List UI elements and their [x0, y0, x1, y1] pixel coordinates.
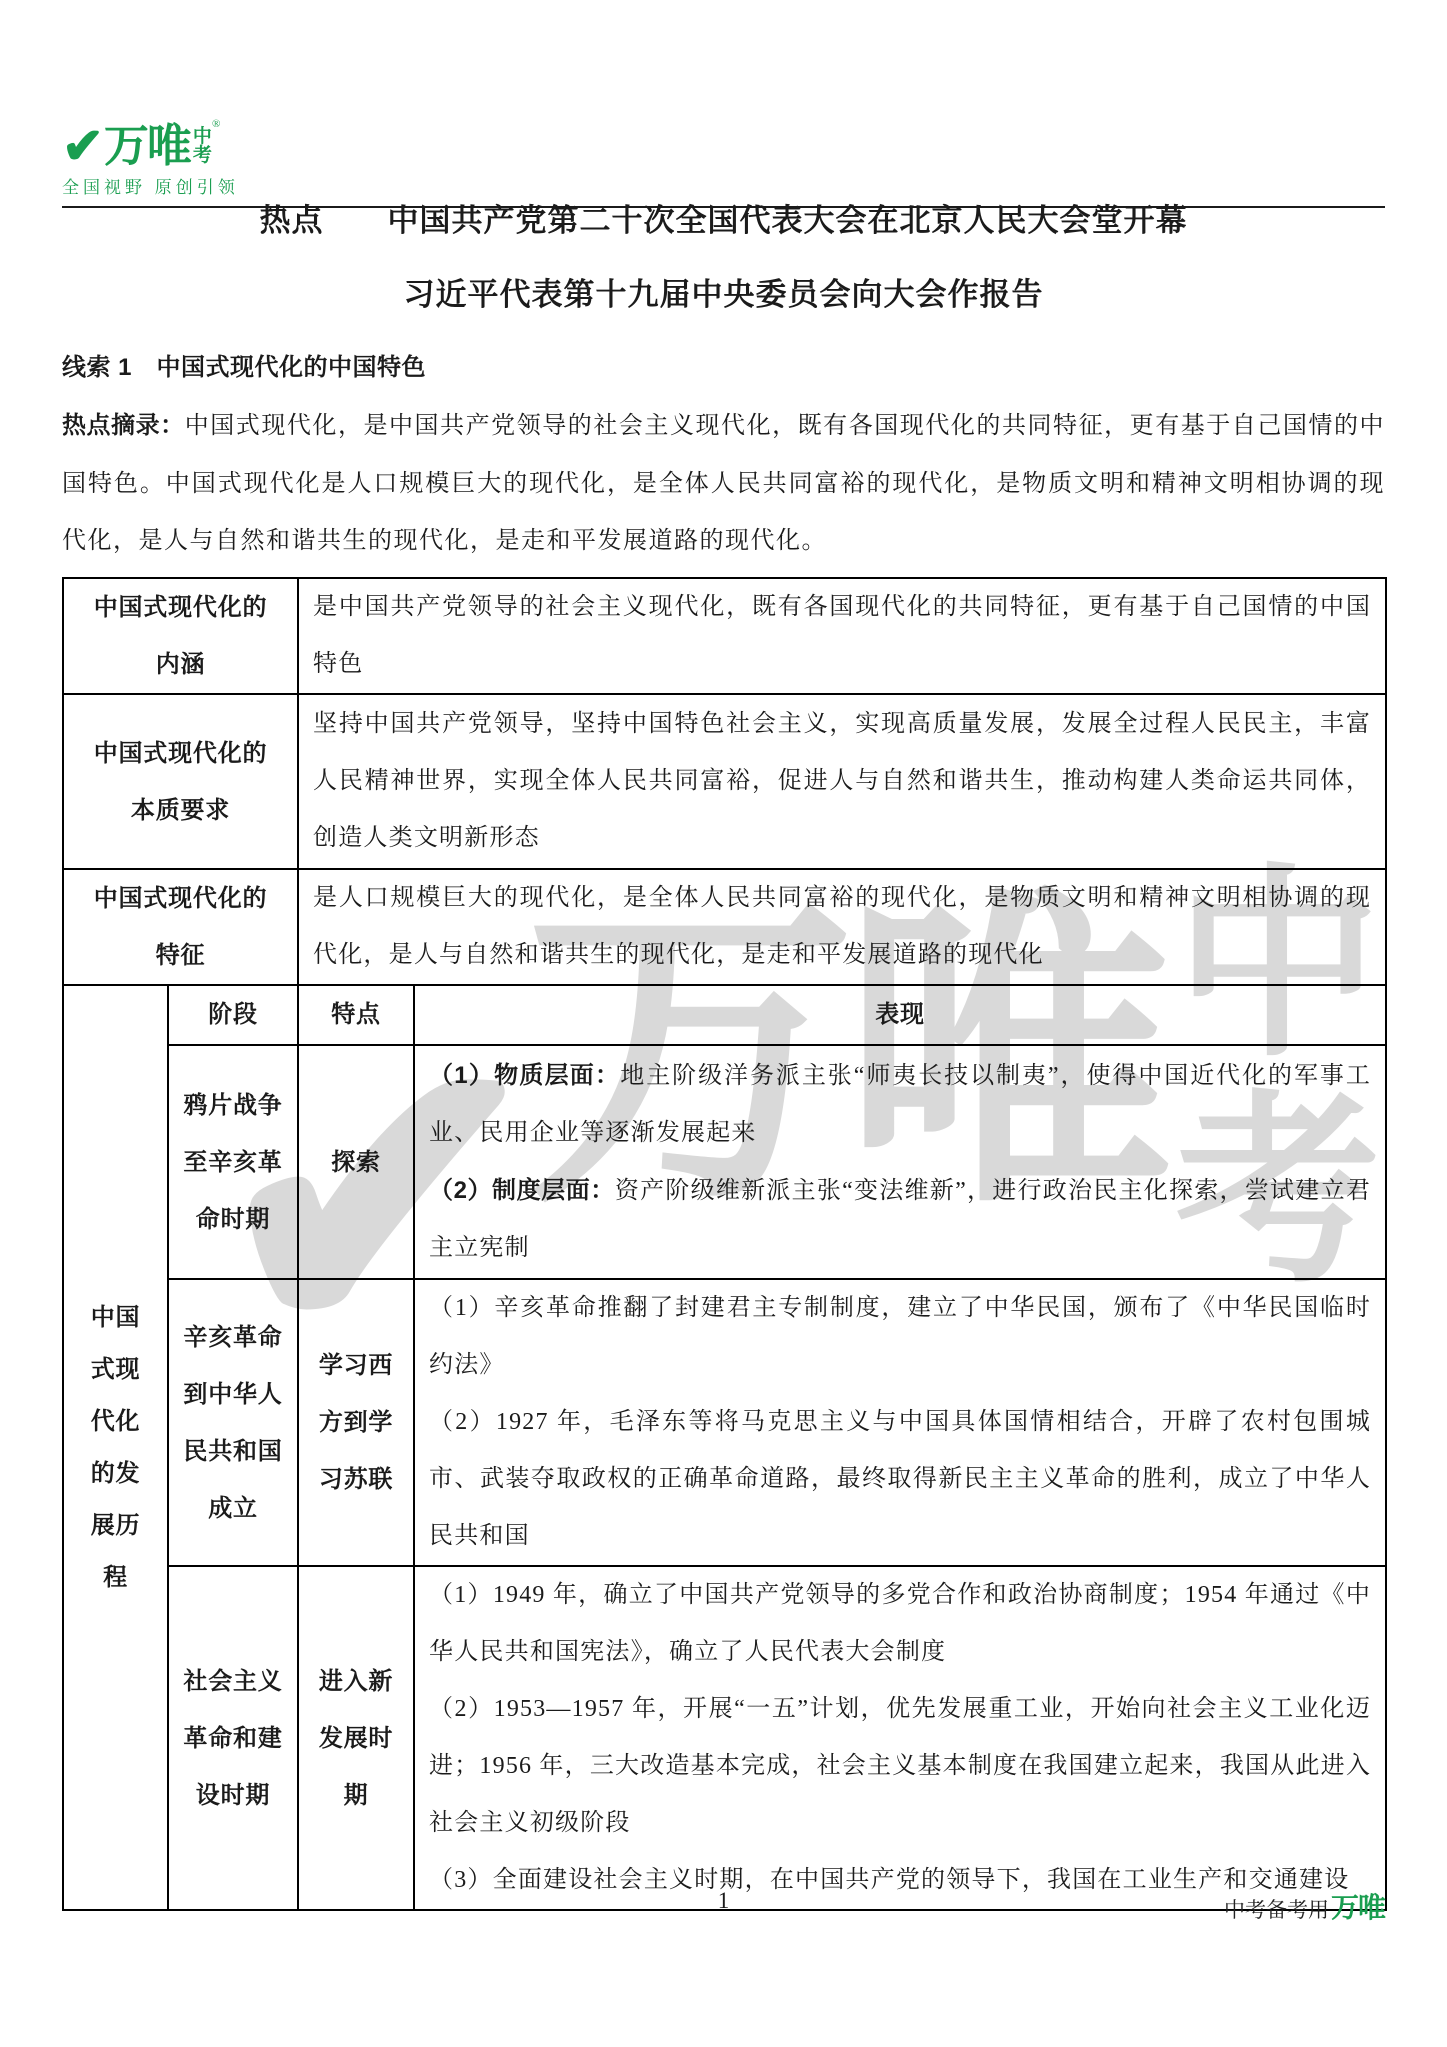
brand-logo-row: ✔ 万唯 中 考 ® [62, 126, 239, 166]
feature-learn-west-to-soviet: 学习西方到学习苏联 [298, 1279, 414, 1566]
brand-subname-bottom: 考 [193, 146, 212, 165]
table-header-row: 中国式现代化的发展历程 阶段 特点 表现 [63, 985, 1386, 1045]
brand-tagline: 全国视野 原创引领 [62, 173, 239, 198]
brand-check-icon: ✔ [62, 127, 104, 166]
doc-title-line2: 习近平代表第十九届中央委员会向大会作报告 [0, 272, 1447, 318]
row-label-essential-requirements: 中国式现代化的本质要求 [63, 694, 298, 869]
content-table: 中国式现代化的内涵 是中国共产党领导的社会主义现代化，既有各国现代化的共同特征，… [62, 577, 1387, 1911]
performance-socialist-revolution: （1）1949 年，确立了中国共产党领导的多党合作和政治协商制度；1954 年通… [414, 1566, 1386, 1910]
hotspot-abstract: 热点摘录：中国式现代化，是中国共产党领导的社会主义现代化，既有各国现代化的共同特… [62, 397, 1385, 571]
footer-brand: 中考备考用 万唯 [1224, 1886, 1385, 1926]
column-header-stage: 阶段 [168, 985, 298, 1045]
table-row: 辛亥革命到中华人民共和国成立 学习西方到学习苏联 （1）辛亥革命推翻了封建君主专… [63, 1279, 1386, 1566]
registered-mark-icon: ® [212, 118, 220, 130]
abstract-lead-label: 热点摘录： [62, 412, 185, 439]
feature-new-development-period: 进入新发展时期 [298, 1566, 414, 1910]
row-content-connotation: 是中国共产党领导的社会主义现代化，既有各国现代化的共同特征，更有基于自己国情的中… [298, 578, 1386, 694]
doc-title-line1: 热点 中国共产党第二十次全国代表大会在北京人民大会堂开幕 [0, 198, 1447, 244]
row-content-characteristics: 是人口规模巨大的现代化，是全体人民共同富裕的现代化，是物质文明和精神文明相协调的… [298, 869, 1386, 985]
footer-brand-plain-text: 中考备考用 [1224, 1894, 1329, 1924]
stage-1911-to-prc: 辛亥革命到中华人民共和国成立 [168, 1279, 298, 1566]
brand-logo: ✔ 万唯 中 考 ® 全国视野 原创引领 [62, 126, 239, 198]
brand-subname-top: 中 [193, 127, 212, 146]
abstract-body-text: 中国式现代化，是中国共产党领导的社会主义现代化，既有各国现代化的共同特征，更有基… [62, 413, 1385, 554]
row-content-essential-requirements: 坚持中国共产党领导，坚持中国特色社会主义，实现高质量发展，发展全过程人民民主，丰… [298, 694, 1386, 869]
table-row: 鸦片战争至辛亥革命时期 探索 （1）物质层面：地主阶级洋务派主张“师夷长技以制夷… [63, 1045, 1386, 1279]
footer-brand-logo-text: 万唯 [1331, 1886, 1385, 1926]
table-row: 社会主义革命和建设时期 进入新发展时期 （1）1949 年，确立了中国共产党领导… [63, 1566, 1386, 1910]
brand-subname: 中 考 [193, 127, 212, 166]
stage-opium-war-to-1911: 鸦片战争至辛亥革命时期 [168, 1045, 298, 1279]
brand-name: 万唯 [104, 126, 190, 166]
clue-heading: 线索 1 中国式现代化的中国特色 [62, 347, 426, 389]
table-row: 中国式现代化的内涵 是中国共产党领导的社会主义现代化，既有各国现代化的共同特征，… [63, 578, 1386, 694]
feature-exploration: 探索 [298, 1045, 414, 1279]
table-row: 中国式现代化的特征 是人口规模巨大的现代化，是全体人民共同富裕的现代化，是物质文… [63, 869, 1386, 985]
stage-socialist-revolution: 社会主义革命和建设时期 [168, 1566, 298, 1910]
performance-opium-war-to-1911: （1）物质层面：地主阶级洋务派主张“师夷长技以制夷”，使得中国近代化的军事工业、… [414, 1045, 1386, 1279]
row-label-connotation: 中国式现代化的内涵 [63, 578, 298, 694]
document-page: ✔ 万唯 中 考 ✔ 万唯 中 考 ® 全国视野 原创引领 热点 中国共产党第二… [0, 0, 1447, 2047]
table-row: 中国式现代化的本质要求 坚持中国共产党领导，坚持中国特色社会主义，实现高质量发展… [63, 694, 1386, 869]
row-label-characteristics: 中国式现代化的特征 [63, 869, 298, 985]
performance-1911-to-prc: （1）辛亥革命推翻了封建君主专制制度，建立了中华民国，颁布了《中华民国临时约法》… [414, 1279, 1386, 1566]
side-label-development-history: 中国式现代化的发展历程 [63, 985, 168, 1910]
column-header-performance: 表现 [414, 985, 1386, 1045]
column-header-feature: 特点 [298, 985, 414, 1045]
